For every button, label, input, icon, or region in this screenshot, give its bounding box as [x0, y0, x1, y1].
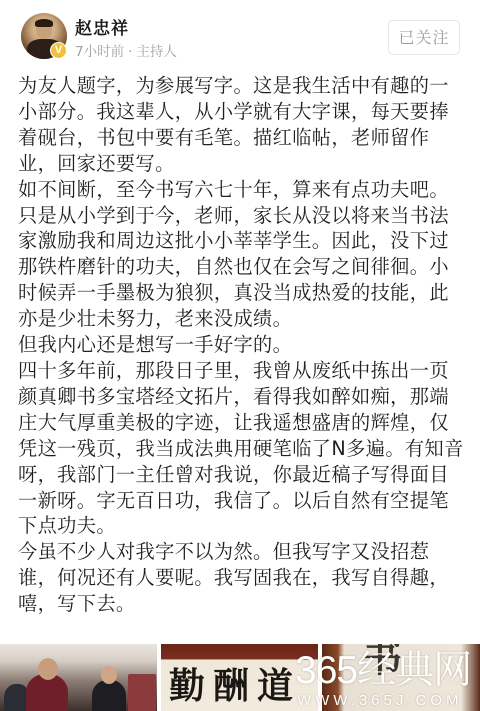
image-thumbnail-calligraphy-banner[interactable]: 勤酬道: [161, 644, 318, 711]
meta-separator: ·: [128, 44, 132, 60]
post-timestamp: 7小时前: [75, 44, 124, 60]
follow-button[interactable]: 已关注: [388, 20, 460, 55]
post-paragraph: 四十多年前，那段日子里，我曾从废纸中拣出一页颜真卿书多宝塔经文拓片，看得我如醉如…: [18, 358, 468, 539]
avatar-figure-hair: [35, 19, 53, 27]
post-paragraph: 为友人题字，为参展写字。这是我生活中有趣的一小部分。我这辈人，从小学就有大字课，…: [18, 73, 468, 177]
photo-person-head: [38, 658, 58, 680]
post-paragraph: 如不间断，至今书写六七十年，算来有点功夫吧。只是从小学到于今，老师，家长从没以将…: [18, 177, 468, 332]
post-header: V 赵忠祥 7小时前·主持人 已关注: [0, 0, 480, 70]
post-meta: 7小时前·主持人: [75, 40, 177, 60]
calligraphy-text: 勤酬道: [169, 661, 301, 711]
calligraphy-text: 书: [362, 644, 402, 678]
photo-person: [92, 680, 126, 711]
photo-bookshelf: [128, 674, 156, 711]
author-name[interactable]: 赵忠祥: [75, 14, 129, 39]
post-paragraph: 但我内心还是想写一手好字的。: [18, 332, 468, 358]
post-body: 为友人题字，为参展写字。这是我生活中有趣的一小部分。我这辈人，从小学就有大字课，…: [18, 73, 468, 617]
image-thumbnail-people[interactable]: [0, 644, 157, 711]
image-row: 勤酬道 书: [0, 644, 480, 711]
post-paragraph: 今虽不少人对我字不以为然。但我写字又没招惹谁，何况还有人要呢。我写固我在，我写自…: [18, 539, 468, 617]
verified-badge-icon: V: [50, 42, 67, 59]
photo-person-head: [101, 666, 117, 684]
image-thumbnail-calligraphy-scroll[interactable]: 书: [322, 644, 480, 711]
author-role: 主持人: [136, 44, 177, 60]
